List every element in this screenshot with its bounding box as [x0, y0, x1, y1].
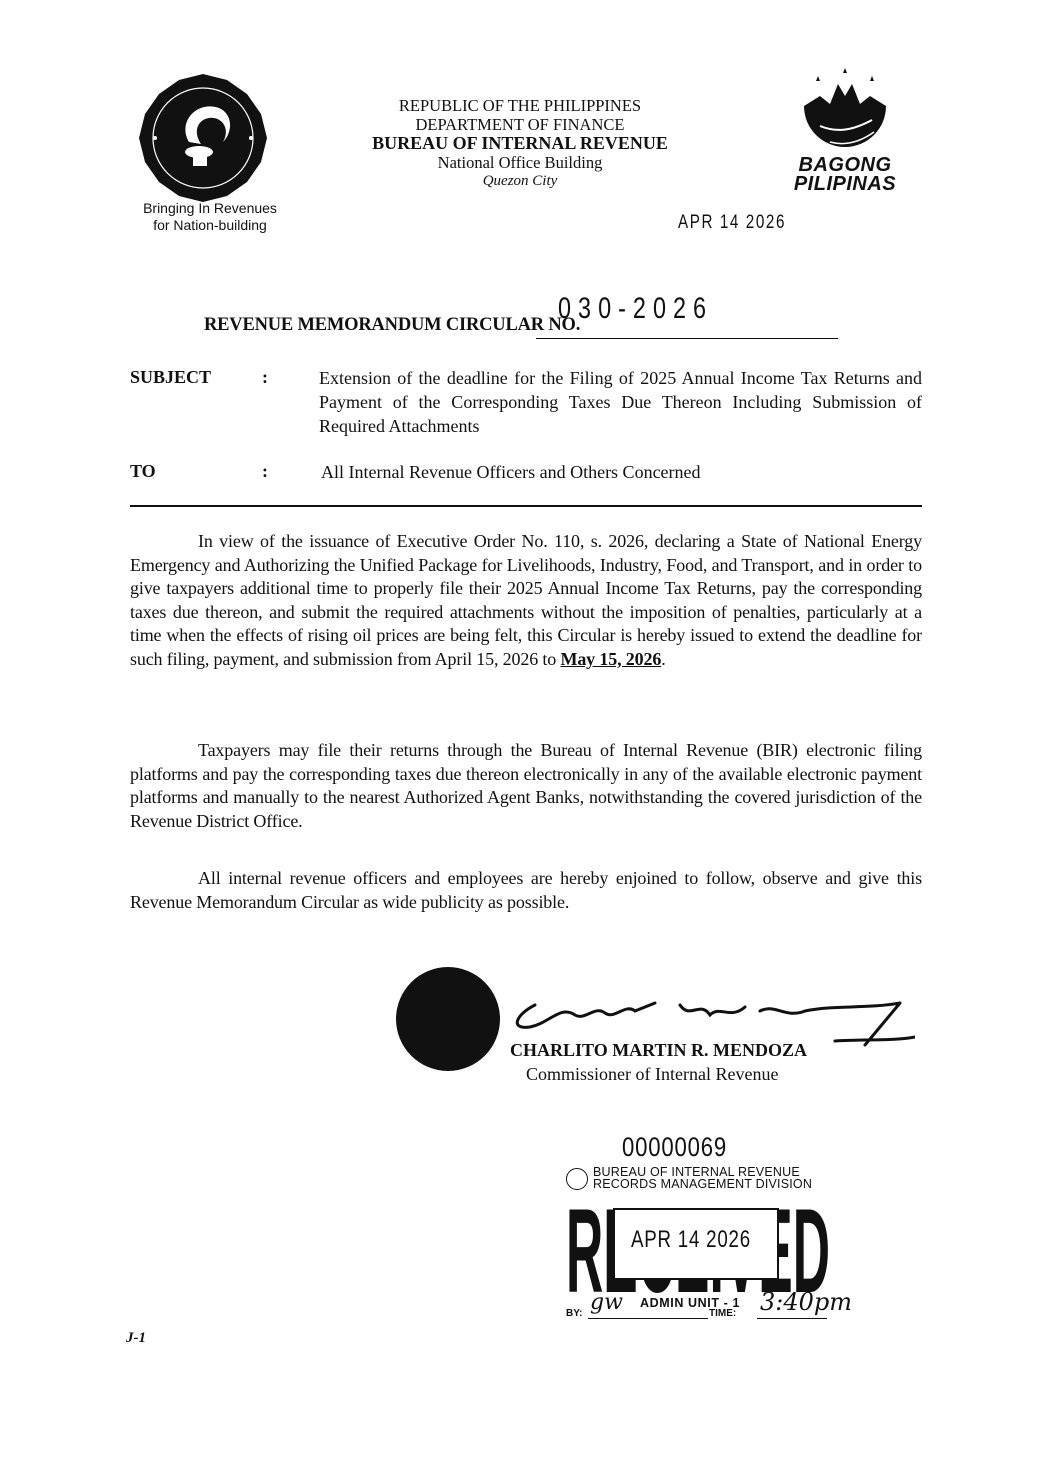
- circular-number: 030-2026: [558, 292, 713, 326]
- bir-tagline: Bringing In Revenues for Nation-building: [130, 200, 290, 234]
- bir-seal-icon: [137, 72, 269, 204]
- new-deadline: May 15, 2026: [560, 649, 661, 669]
- signatory-name: CHARLITO MARTIN R. MENDOZA: [510, 1040, 807, 1061]
- body-paragraph-2: Taxpayers may file their returns through…: [130, 739, 922, 833]
- circular-number-field: 030-2026: [536, 290, 838, 339]
- received-by-initials: gw: [590, 1290, 623, 1315]
- department-line: DEPARTMENT OF FINANCE: [330, 115, 710, 134]
- city-line: Quezon City: [330, 172, 710, 191]
- subject-colon: :: [262, 367, 268, 388]
- agency-letterhead: REPUBLIC OF THE PHILIPPINES DEPARTMENT O…: [330, 96, 710, 191]
- subject-label: SUBJECT: [130, 367, 211, 388]
- received-time: 3:40pm: [760, 1288, 852, 1316]
- received-by-line: [588, 1318, 708, 1319]
- republic-line: REPUBLIC OF THE PHILIPPINES: [330, 96, 710, 115]
- bagong-pilipinas-wordmark: BAGONG PILIPINAS: [760, 156, 930, 194]
- signatory-title: Commissioner of Internal Revenue: [526, 1064, 778, 1085]
- subject-value: Extension of the deadline for the Filing…: [319, 366, 922, 438]
- bir-mini-seal-icon: [566, 1168, 588, 1190]
- to-colon: :: [262, 461, 268, 482]
- received-date-box: APR 14 2026: [613, 1208, 779, 1280]
- circular-title: REVENUE MEMORANDUM CIRCULAR NO.: [204, 315, 580, 336]
- received-date: APR 14 2026: [631, 1226, 751, 1254]
- building-line: National Office Building: [330, 153, 710, 172]
- issue-date-stamp: APR 14 2026: [678, 212, 786, 234]
- received-time-line: [757, 1318, 827, 1319]
- dry-seal-icon: [396, 967, 500, 1071]
- document-code: J-1: [126, 1330, 146, 1347]
- received-serial-number: 00000069: [622, 1132, 727, 1163]
- body-paragraph-3: All internal revenue officers and employ…: [130, 867, 922, 914]
- received-time-label: TIME:: [709, 1308, 736, 1319]
- to-value: All Internal Revenue Officers and Others…: [321, 460, 921, 484]
- received-stamp-org: BUREAU OF INTERNAL REVENUE RECORDS MANAG…: [593, 1166, 812, 1190]
- received-by-label: BY:: [566, 1308, 582, 1319]
- header-divider: [130, 505, 922, 507]
- body-paragraph-1: In view of the issuance of Executive Ord…: [130, 530, 922, 671]
- bureau-line: BUREAU OF INTERNAL REVENUE: [330, 134, 710, 153]
- to-label: TO: [130, 461, 156, 482]
